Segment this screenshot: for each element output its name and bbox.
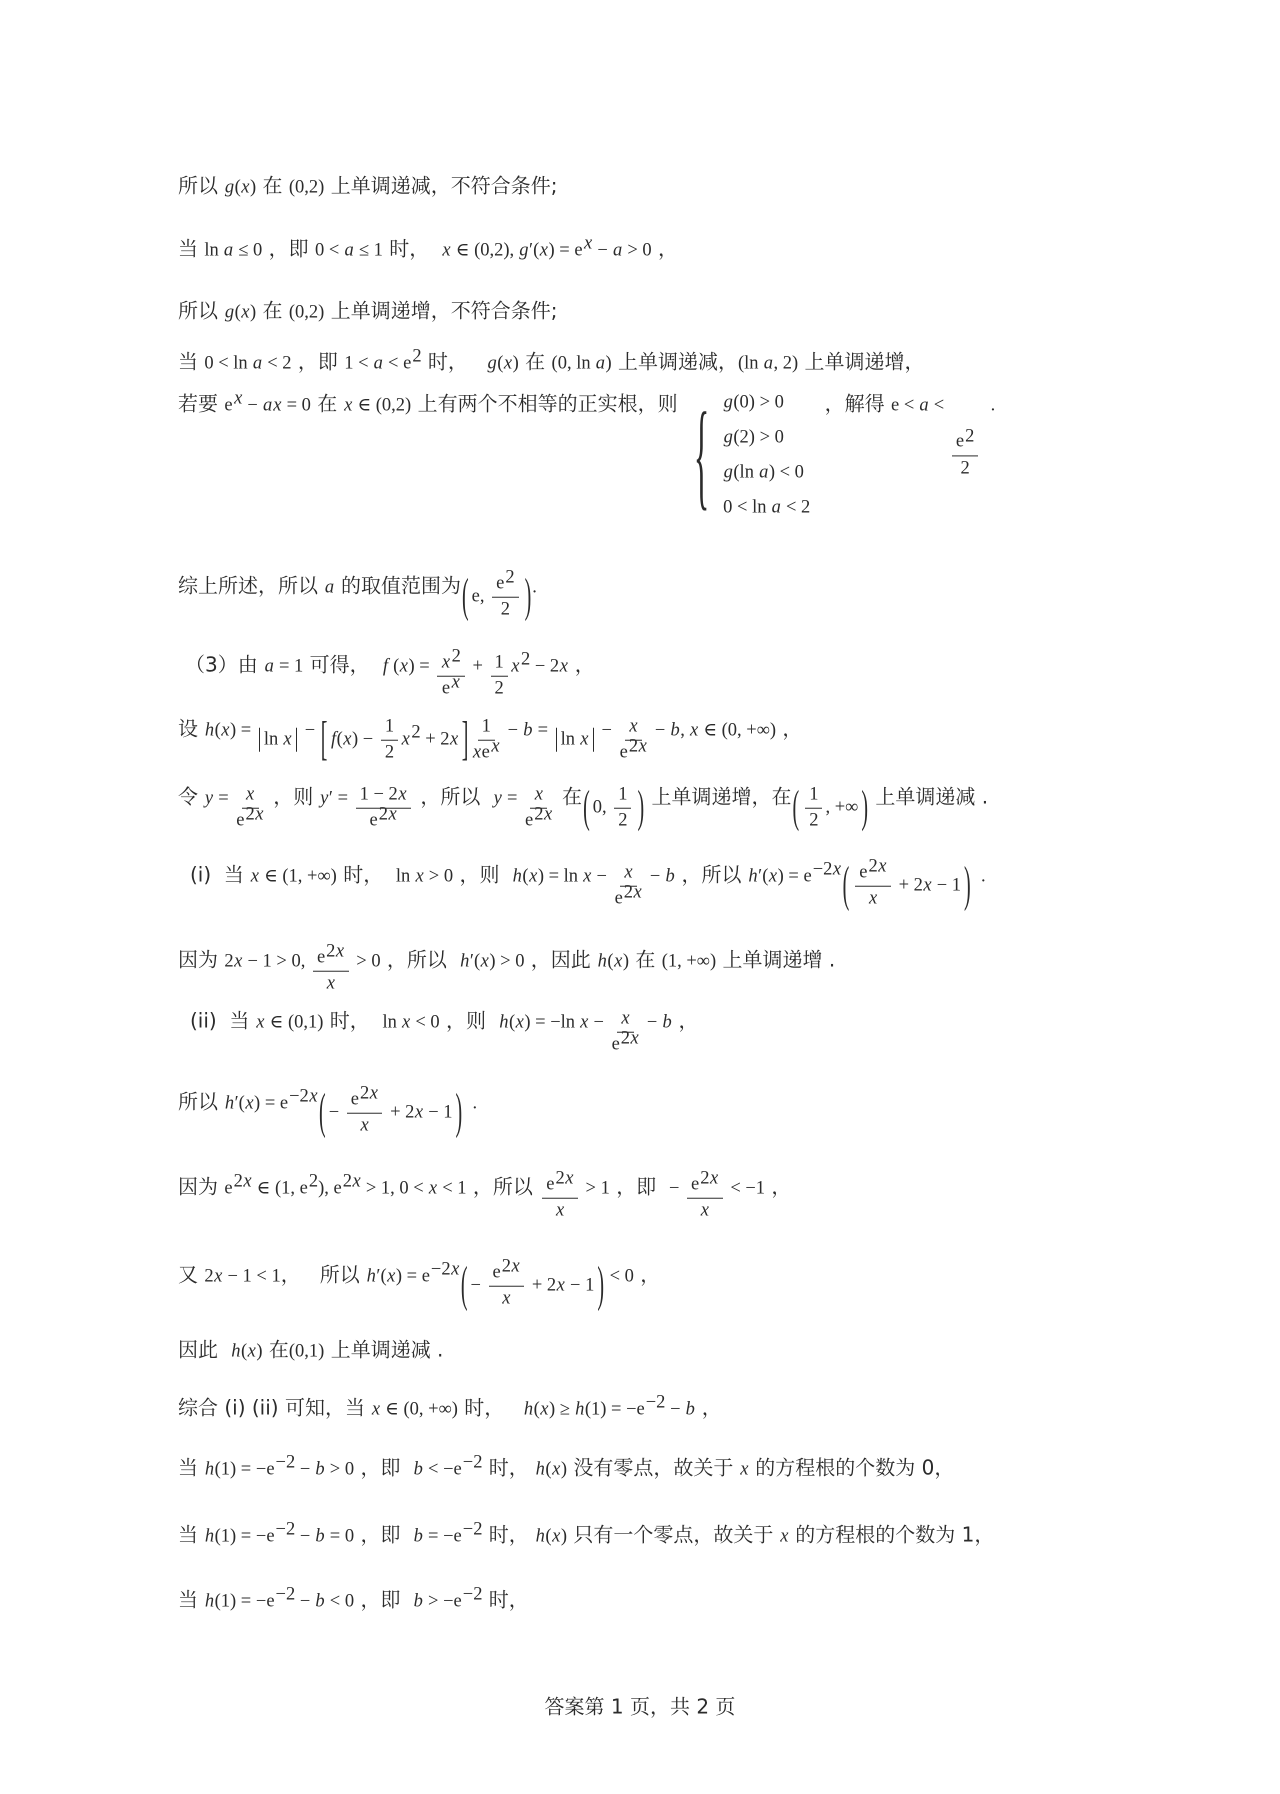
absolute-value: ln x [556, 728, 594, 752]
solution-line: (ii) 当 x ∈ (0,1) 时， ln x < 0 ，则 h(x) = −… [190, 1008, 699, 1057]
solution-line: 设 h(x) = ln x − [f(x) − 12x2 + 2x]1xex −… [178, 716, 802, 765]
fraction: xe2x [236, 784, 264, 833]
answer-page: 所以 g(x) 在 (0,2) 上单调递减，不符合条件;当 ln a ≤ 0 ，… [0, 0, 1280, 1794]
solution-line: 因此 h(x) 在(0,1) 上单调递减 . [178, 1336, 443, 1363]
fraction: xe2x [615, 862, 643, 911]
fraction: 1 − 2xe2x [356, 784, 411, 833]
fraction: e2xx [489, 1262, 525, 1311]
solution-line: 综上所述，所以 a 的取值范围为(e, e22). [178, 573, 537, 622]
fraction: xe2x [525, 784, 553, 833]
square-brackets: [f(x) − 12x2 + 2x] [321, 716, 469, 765]
fraction: xe2x [620, 716, 648, 765]
solution-line: 令 y = xe2x ，则 y′ = 1 − 2xe2x ，所以 y = xe2… [178, 784, 988, 833]
parentheses: (e2xx + 2x − 1) [843, 862, 971, 911]
page-footer: 答案第 1 页，共 2 页 [0, 1691, 1280, 1720]
solution-line: （3）由 a = 1 可得， f (x) = x2ex + 12x2 − 2x … [185, 652, 595, 701]
parentheses: (12, +∞) [793, 784, 868, 833]
solution-line: 当 h(1) = −e−2 − b > 0 ，即 b < −e−2 时， h(x… [178, 1454, 954, 1481]
solution-line: 当 ln a ≤ 0 ，即 0 < a ≤ 1 时， x ∈ (0,2), g′… [178, 235, 678, 262]
brace-system: {g(0) > 0g(2) > 0g(ln a) < 00 < ln a < 2 [692, 390, 810, 519]
absolute-value: ln x [259, 728, 297, 752]
fraction: x2ex [437, 652, 464, 701]
solution-line: 当 0 < ln a < 2 ，即 1 < a < e2 时， g(x) 在 (… [178, 348, 924, 375]
solution-line: 综合 (i) (ii) 可知，当 x ∈ (0, +∞) 时， h(x) ≥ h… [178, 1394, 722, 1421]
fraction: xe2x [612, 1008, 640, 1057]
fraction: e22 [952, 431, 978, 480]
fraction: e22 [492, 573, 518, 622]
fraction: e2xx [347, 1089, 383, 1138]
solution-line: 所以 g(x) 在 (0,2) 上单调递减，不符合条件; [178, 172, 557, 199]
fraction: e2xx [855, 862, 891, 911]
solution-line: 当 h(1) = −e−2 − b = 0 ，即 b = −e−2 时， h(x… [178, 1521, 994, 1548]
solution-line: 所以 h′(x) = e−2x(− e2xx + 2x − 1) . [178, 1089, 477, 1138]
fraction: e2xx [542, 1174, 578, 1223]
fraction: 12 [614, 784, 631, 833]
solution-line: 因为 2x − 1 > 0, e2xx > 0 ，所以 h′(x) > 0 ，因… [178, 947, 835, 996]
solution-line: 所以 g(x) 在 (0,2) 上单调递增，不符合条件; [178, 297, 557, 324]
solution-line: 若要 ex − ax = 0 在 x ∈ (0,2) 上有两个不相等的正实根，则… [178, 390, 995, 519]
parentheses: (0, 12) [583, 784, 644, 833]
solution-line: 因为 e2x ∈ (1, e2), e2x > 1, 0 < x < 1 ，所以… [178, 1174, 791, 1223]
fraction: 12 [491, 652, 508, 701]
solution-line: (i) 当 x ∈ (1, +∞) 时， ln x > 0 ，则 h(x) = … [190, 862, 986, 911]
fraction: 12 [805, 784, 822, 833]
parentheses: (− e2xx + 2x − 1) [461, 1262, 604, 1311]
solution-line: 当 h(1) = −e−2 − b < 0 ，即 b > −e−2 时， [178, 1586, 529, 1613]
parentheses: (e, e22) [462, 573, 531, 622]
fraction: e2xx [687, 1174, 723, 1223]
fraction: e2xx [313, 947, 349, 996]
fraction: 12 [381, 716, 398, 765]
fraction: 1xex [472, 716, 500, 765]
solution-line: 又 2x − 1 < 1， 所以 h′(x) = e−2x(− e2xx + 2… [178, 1262, 660, 1311]
parentheses: (− e2xx + 2x − 1) [319, 1089, 462, 1138]
